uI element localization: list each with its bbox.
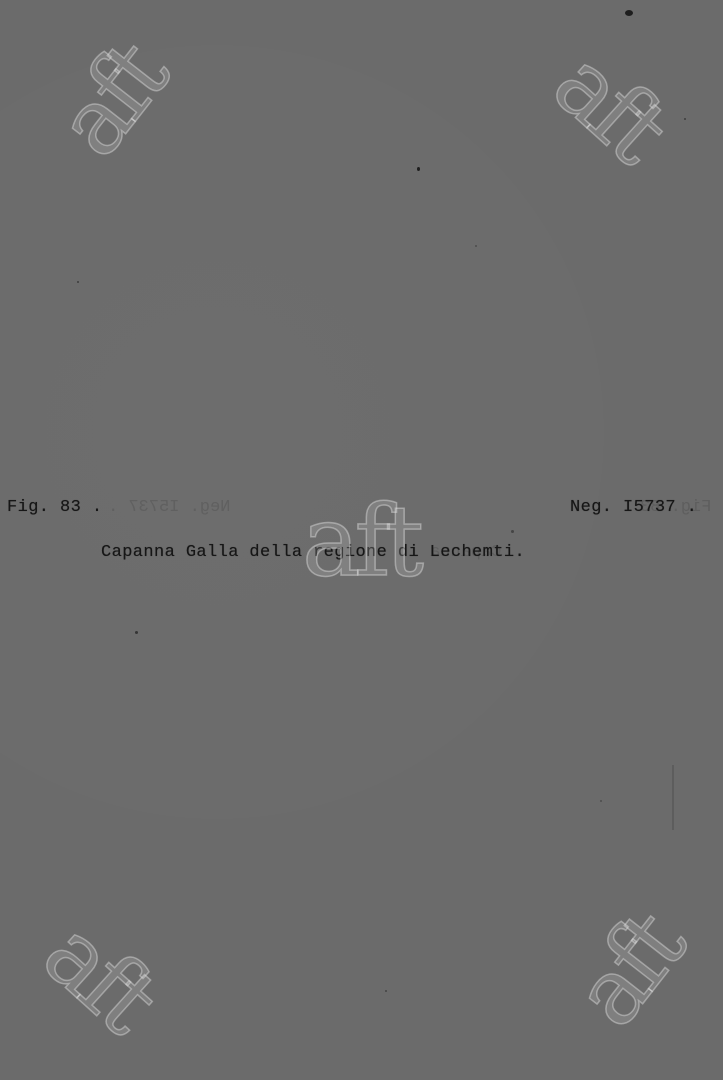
dust-speck (385, 990, 387, 992)
dust-speck (475, 245, 477, 247)
dust-speck (77, 281, 79, 283)
dust-speck (625, 10, 633, 16)
watermark-top-left: aft (42, 30, 181, 172)
film-scratch (672, 765, 674, 830)
dust-speck (684, 118, 686, 120)
watermark-bottom-right: aft (559, 900, 698, 1042)
watermark-top-right: aft (538, 36, 680, 177)
watermark-bottom-left: aft (28, 906, 170, 1047)
watermark-center: aft (302, 493, 418, 591)
dust-speck (135, 631, 138, 634)
dust-speck (600, 800, 602, 802)
negative-number-label: Neg. I5737 . (570, 498, 697, 517)
scanned-document-page: Neg. I5737 . Fig. 83 Capanna Fig. 83 . N… (0, 0, 723, 1080)
figure-label: Fig. 83 . (7, 498, 102, 517)
dust-speck (511, 530, 514, 533)
dust-speck (417, 167, 420, 171)
bleed-through-negative-label: Neg. I5737 . (108, 498, 230, 517)
